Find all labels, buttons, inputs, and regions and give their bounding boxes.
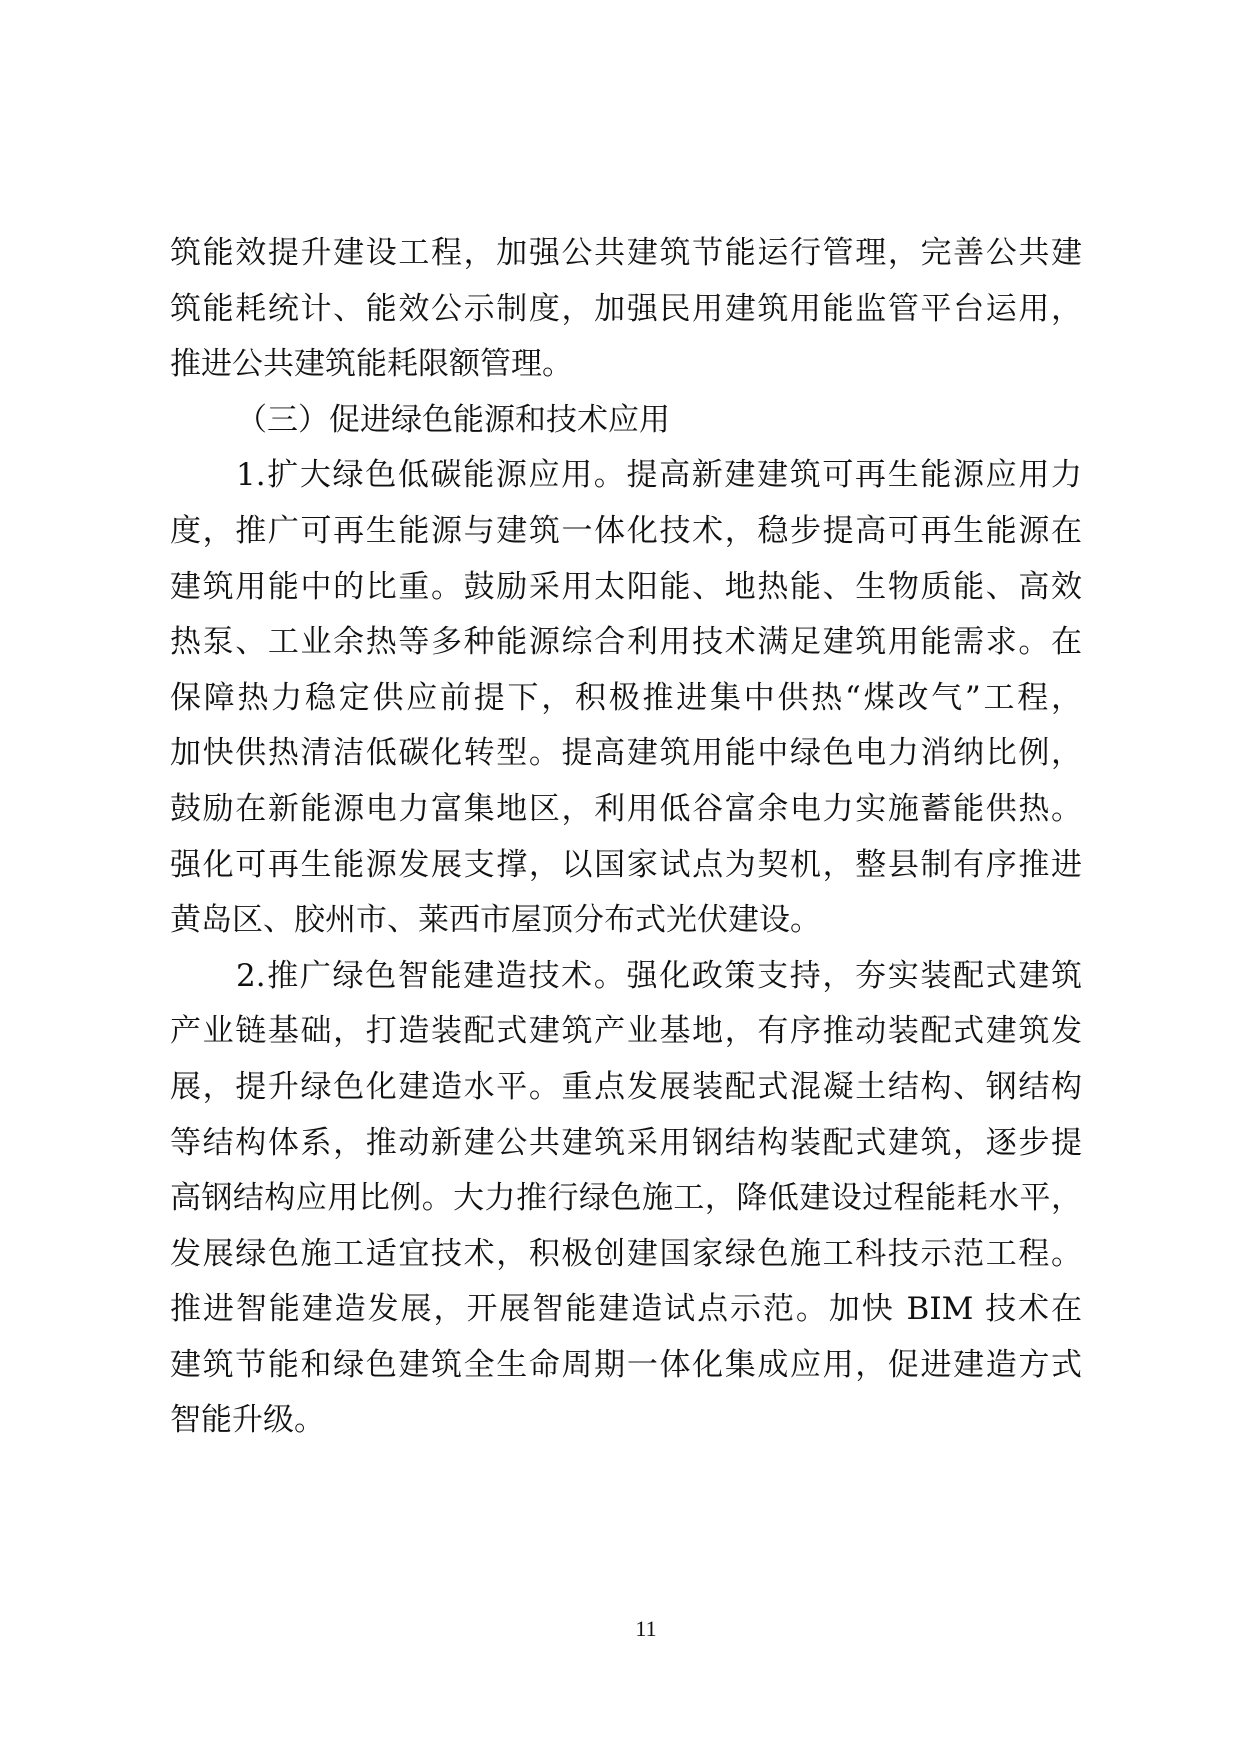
text-line: 推进公共建筑能耗限额管理。 (170, 337, 1082, 393)
text-line: 强化可再生能源发展支撑，以国家试点为契机，整县制有序推进 (170, 838, 1082, 894)
text-line: 建筑节能和绿色建筑全生命周期一体化集成应用，促进建造方式 (170, 1338, 1082, 1394)
text-line: 度，推广可再生能源与建筑一体化技术，稳步提高可再生能源在 (170, 504, 1082, 560)
text-line: 黄岛区、胶州市、莱西市屋顶分布式光伏建设。 (170, 893, 1082, 949)
text-line: 加快供热清洁低碳化转型。提高建筑用能中绿色电力消纳比例， (170, 726, 1082, 782)
body-text: 筑能效提升建设工程，加强公共建筑节能运行管理，完善公共建 筑能耗统计、能效公示制… (170, 226, 1082, 1449)
section-heading: （三）促进绿色能源和技术应用 (170, 393, 1082, 449)
text-line: 筑能效提升建设工程，加强公共建筑节能运行管理，完善公共建 (170, 226, 1082, 282)
text-line: 热泵、工业余热等多种能源综合利用技术满足建筑用能需求。在 (170, 615, 1082, 671)
document-page: 筑能效提升建设工程，加强公共建筑节能运行管理，完善公共建 筑能耗统计、能效公示制… (0, 0, 1240, 1754)
text-line: 高钢结构应用比例。大力推行绿色施工，降低建设过程能耗水平， (170, 1171, 1082, 1227)
text-line: 鼓励在新能源电力富集地区，利用低谷富余电力实施蓄能供热。 (170, 782, 1082, 838)
text-line: 建筑用能中的比重。鼓励采用太阳能、地热能、生物质能、高效 (170, 560, 1082, 616)
text-line: 产业链基础，打造装配式建筑产业基地，有序推动装配式建筑发 (170, 1004, 1082, 1060)
text-line: 展，提升绿色化建造水平。重点发展装配式混凝土结构、钢结构 (170, 1060, 1082, 1116)
text-line: 等结构体系，推动新建公共建筑采用钢结构装配式建筑，逐步提 (170, 1116, 1082, 1172)
text-line: 筑能耗统计、能效公示制度，加强民用建筑用能监管平台运用， (170, 282, 1082, 338)
text-line: 智能升级。 (170, 1393, 1082, 1449)
text-line: 发展绿色施工适宜技术，积极创建国家绿色施工科技示范工程。 (170, 1227, 1082, 1283)
page-number: 11 (620, 1616, 672, 1642)
paragraph-start-line: 2.推广绿色智能建造技术。强化政策支持，夯实装配式建筑 (170, 949, 1082, 1005)
paragraph-start-line: 1.扩大绿色低碳能源应用。提高新建建筑可再生能源应用力 (170, 448, 1082, 504)
text-line: 保障热力稳定供应前提下，积极推进集中供热“煤改气”工程， (170, 671, 1082, 727)
text-line: 推进智能建造发展，开展智能建造试点示范。加快 BIM 技术在 (170, 1282, 1082, 1338)
